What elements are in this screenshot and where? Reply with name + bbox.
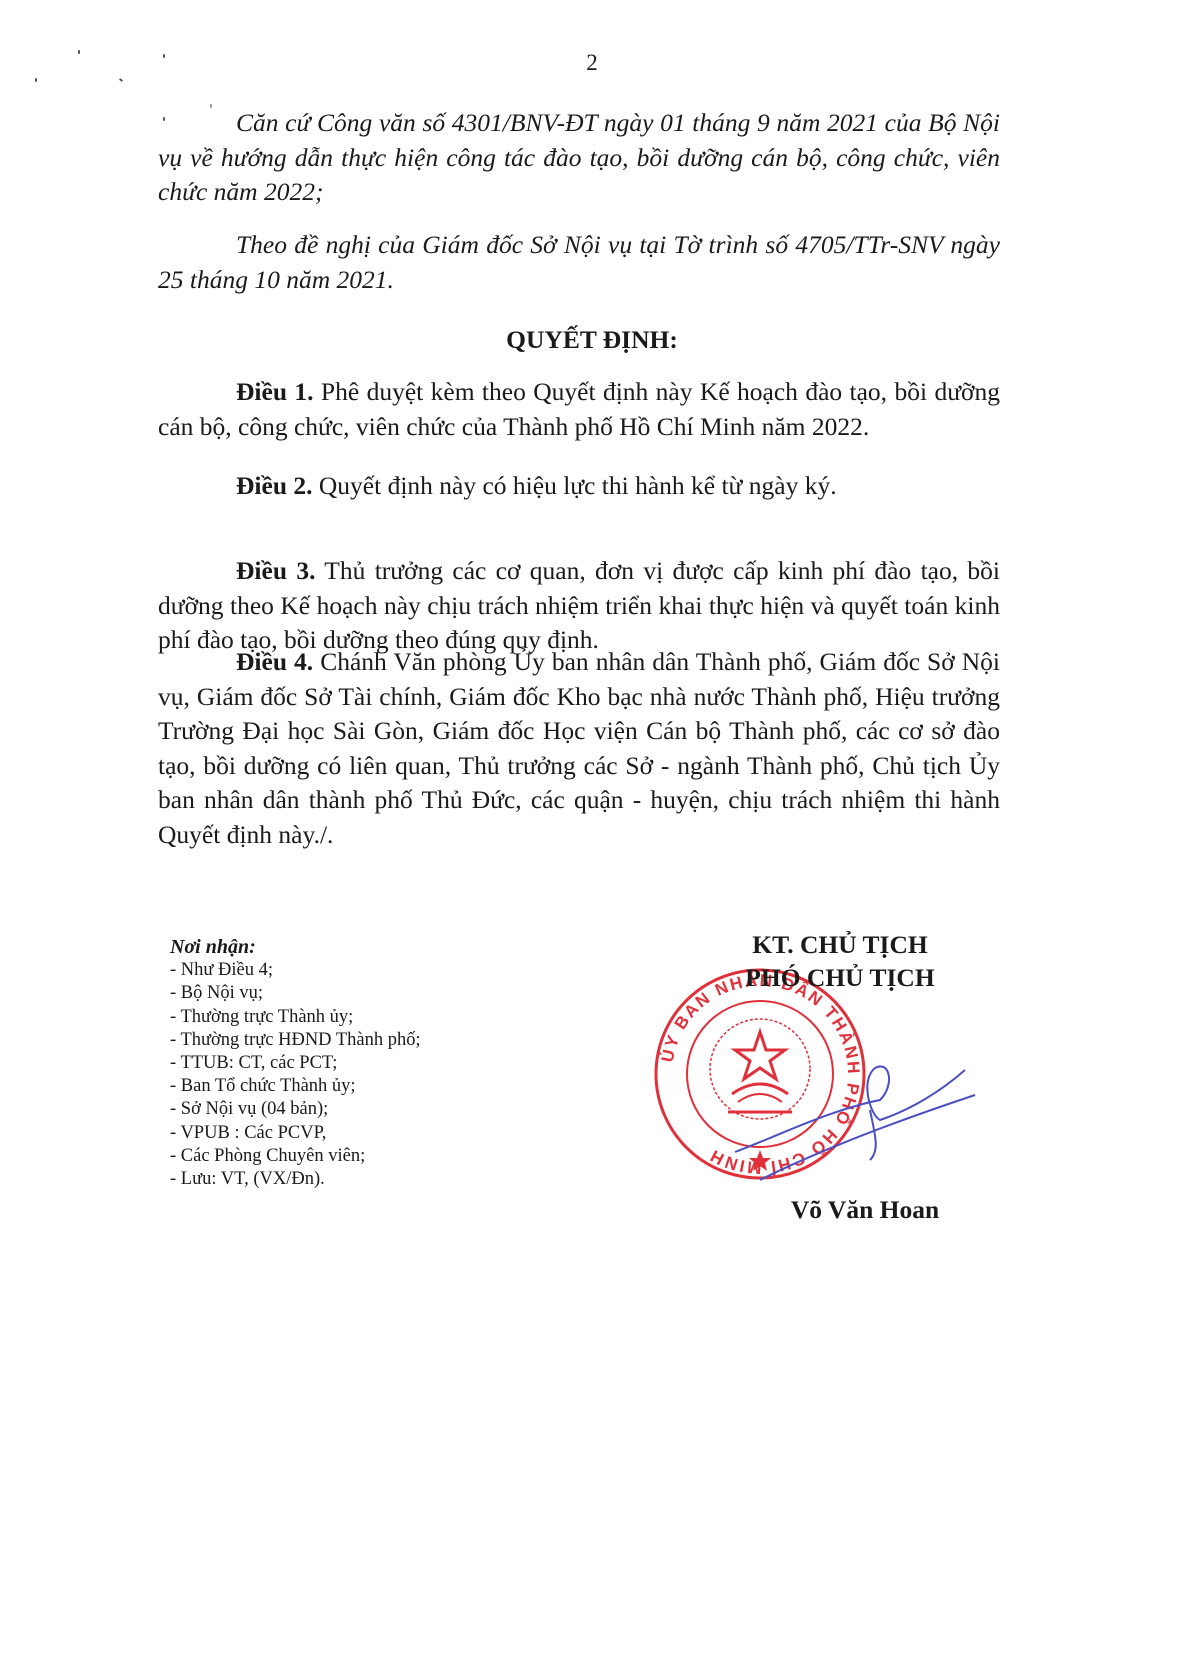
preamble-text: Theo đề nghị của Giám đốc Sở Nội vụ tại … (158, 228, 1000, 297)
article-text: Quyết định này có hiệu lực thi hành kể t… (313, 471, 837, 500)
signature-title-1: KT. CHỦ TỊCH (650, 930, 1030, 960)
article-2: Điều 2. Quyết định này có hiệu lực thi h… (158, 469, 1000, 504)
recipient-item: - Sở Nội vụ (04 bản); (170, 1098, 421, 1121)
signature-title-2: PHÓ CHỦ TỊCH (650, 963, 1030, 993)
recipient-item: - Ban Tổ chức Thành ủy; (170, 1075, 421, 1098)
article-label: Điều 2. (236, 471, 313, 500)
article-4: Điều 4. Chánh Văn phòng Ủy ban nhân dân … (158, 645, 1000, 852)
recipient-item: - Thường trực Thành ủy; (170, 1006, 421, 1029)
article-1: Điều 1. Phê duyệt kèm theo Quyết định nà… (158, 375, 1000, 444)
article-label: Điều 3. (236, 556, 315, 585)
recipient-item: - Bộ Nội vụ; (170, 982, 421, 1005)
signature-block: KT. CHỦ TỊCH PHÓ CHỦ TỊCH ỦY BAN NHÂN DÂ… (650, 930, 1030, 1230)
preamble-paragraph-1: Căn cứ Công văn số 4301/BNV-ĐT ngày 01 t… (158, 106, 1000, 210)
recipient-item: - Như Điều 4; (170, 959, 421, 982)
recipient-item: - VPUB : Các PCVP, (170, 1122, 421, 1145)
recipients-list: Nơi nhận: - Như Điều 4; - Bộ Nội vụ; - T… (170, 936, 421, 1191)
article-text: Chánh Văn phòng Ủy ban nhân dân Thành ph… (158, 647, 1000, 849)
preamble-paragraph-2: Theo đề nghị của Giám đốc Sở Nội vụ tại … (158, 228, 1000, 297)
decision-heading: QUYẾT ĐỊNH: (0, 325, 1184, 355)
page-number: 2 (0, 50, 1184, 76)
recipient-item: - Lưu: VT, (VX/Đn). (170, 1168, 421, 1191)
preamble-text: Căn cứ Công văn số 4301/BNV-ĐT ngày 01 t… (158, 106, 1000, 210)
article-label: Điều 4. (236, 647, 313, 676)
recipients-title: Nơi nhận: (170, 936, 421, 959)
signer-name: Võ Văn Hoan (650, 1195, 1030, 1225)
recipient-item: - Thường trực HĐND Thành phố; (170, 1029, 421, 1052)
scan-speck (35, 78, 37, 82)
article-label: Điều 1. (236, 377, 314, 406)
article-3: Điều 3. Thủ trưởng các cơ quan, đơn vị đ… (158, 554, 1000, 658)
recipient-item: - TTUB: CT, các PCT; (170, 1052, 421, 1075)
handwritten-signature (720, 1040, 980, 1190)
recipient-item: - Các Phòng Chuyên viên; (170, 1145, 421, 1168)
scan-speck (119, 78, 123, 82)
